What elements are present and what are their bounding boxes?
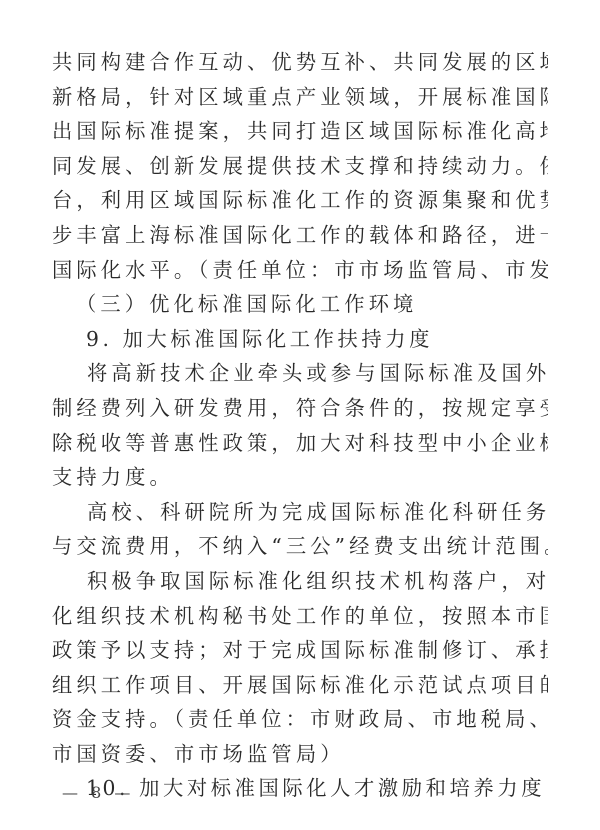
text-line: 台，利用区域国际标准化工作的资源集聚和优势互补效应，进一 [52, 183, 548, 218]
text-line: 积极争取国际标准化组织技术机构落户，对于承担国际标准 [52, 564, 548, 599]
text-line: 除税收等普惠性政策，加大对科技型中小企业标准国际化工作的 [52, 426, 548, 461]
text-line: 高校、科研院所为完成国际标准化科研任务列支的国际合作 [52, 495, 548, 530]
text-line: 制经费列入研发费用，符合条件的，按规定享受研发费用加计扣 [52, 391, 548, 426]
paragraph-secretariat-support: 积极争取国际标准化组织技术机构落户，对于承担国际标准 化组织技术机构秘书处工作的… [52, 564, 548, 772]
text-line: 将高新技术企业牵头或参与国际标准及国外先进组织标准研 [52, 356, 548, 391]
document-page: 共同构建合作互动、优势互补、共同发展的区域国际标准化工作 新格局，针对区域重点产… [52, 45, 548, 806]
text-line: 市国资委、市市场监管局） [52, 737, 548, 772]
text-line: 国际化水平。（责任单位：市市场监管局、市发展改革委） [52, 253, 548, 288]
text-line: 政策予以支持；对于完成国际标准制修订、承担国际标准化技术 [52, 633, 548, 668]
text-line: 新格局，针对区域重点产业领域，开展标准国际化合作，共同提 [52, 80, 548, 115]
text-line: 资金支持。（责任单位：市财政局、市地税局、市科委、市外办、 [52, 702, 548, 737]
text-line: 与交流费用，不纳入“三公”经费支出统计范围。 [52, 529, 548, 564]
text-line: 组织工作项目、开展国际标准化示范试点项目的单位，给予一定 [52, 668, 548, 703]
text-line: 共同构建合作互动、优势互补、共同发展的区域国际标准化工作 [52, 45, 548, 80]
page-number: — 8 — [62, 783, 134, 802]
text-line: 化组织技术机构秘书处工作的单位，按照本市国际组织落户有关 [52, 599, 548, 634]
text-line: 支持力度。 [52, 460, 548, 495]
paragraph-regional-cooperation: 共同构建合作互动、优势互补、共同发展的区域国际标准化工作 新格局，针对区域重点产… [52, 45, 548, 287]
text-line: 出国际标准提案，共同打造区域国际标准化高地，为区域产业协 [52, 114, 548, 149]
section-heading: （三）优化标准国际化工作环境 [52, 287, 548, 322]
text-line: 同发展、创新发展提供技术支撑和持续动力。依托长三角协作平 [52, 149, 548, 184]
item-heading-9: 9. 加大标准国际化工作扶持力度 [52, 322, 548, 357]
text-line: 步丰富上海标准国际化工作的载体和路径，进一步提升上海标准 [52, 218, 548, 253]
paragraph-universities: 高校、科研院所为完成国际标准化科研任务列支的国际合作 与交流费用，不纳入“三公”… [52, 495, 548, 564]
paragraph-rd-expense: 将高新技术企业牵头或参与国际标准及国外先进组织标准研 制经费列入研发费用，符合条… [52, 356, 548, 494]
